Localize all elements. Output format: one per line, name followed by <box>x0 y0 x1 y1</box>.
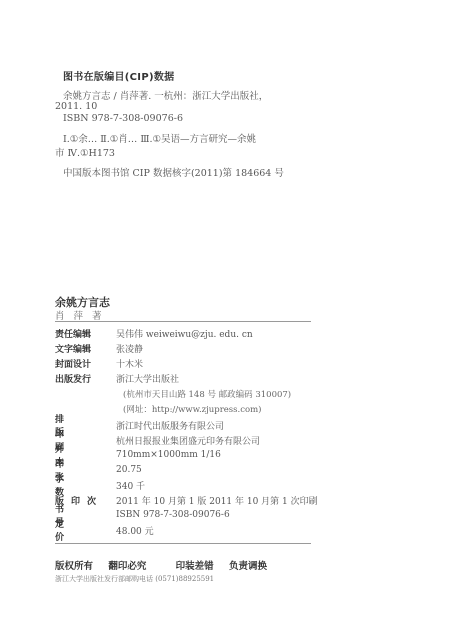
cip-line-1: 余姚方言志 / 肖萍著. 一杭州：浙江大学出版社， <box>63 88 268 102</box>
detail-row-cover-design: 封面设计 十木米 <box>55 356 143 370</box>
divider-bottom <box>55 543 311 544</box>
detail-label-text: 定价 <box>55 517 110 543</box>
divider-top <box>55 321 311 322</box>
detail-row-publisher: 出版发行 浙江大学出版社 <box>55 371 179 385</box>
detail-row-price: 定价 48.00 元 <box>55 523 154 537</box>
detail-value: 张凌静 <box>116 342 143 355</box>
cip-line-3: ISBN 978-7-308-09076-6 <box>63 113 183 124</box>
rights-statement: 版权所有 翻印必究 印装差错 负责调换 <box>55 558 279 572</box>
detail-row-text-editor: 文字编辑 张凌静 <box>55 341 143 355</box>
detail-label: 出版发行 <box>55 372 116 385</box>
rights-item: 翻印必究 <box>108 561 146 572</box>
detail-label: 定价 <box>55 517 116 543</box>
cip-title: 图书在版编目(CIP)数据 <box>63 68 174 83</box>
detail-value: 48.00 元 <box>116 524 154 537</box>
detail-value: 杭州日报报业集团盛元印务有限公司 <box>116 434 260 447</box>
detail-value: 710mm×1000mm 1/16 <box>116 450 221 460</box>
detail-value: 20.75 <box>116 465 142 475</box>
detail-value: 浙江时代出版服务有限公司 <box>116 419 224 432</box>
publisher-website: (网址：http://www.zjupress.com) <box>123 403 261 415</box>
detail-label: 责任编辑 <box>55 327 116 340</box>
detail-value: 浙江大学出版社 <box>116 372 179 385</box>
detail-value: 吴伟伟 weiweiwu@zju. edu. cn <box>116 327 253 340</box>
detail-row-editor: 责任编辑 吴伟伟 weiweiwu@zju. edu. cn <box>55 326 253 340</box>
detail-value: 十木米 <box>116 357 143 370</box>
cip-line-5: 市 Ⅳ.①H173 <box>55 145 115 159</box>
mail-order-contact: 浙江大学出版社发行部邮购电话 (0571)88925591 <box>55 574 214 584</box>
rights-item: 负责调换 <box>229 561 267 572</box>
detail-value: 340 千 <box>116 479 145 492</box>
publisher-address: (杭州市天目山路 148 号 邮政编码 310007) <box>123 388 291 400</box>
rights-item: 印装差错 <box>176 561 214 572</box>
detail-label: 封面设计 <box>55 357 116 370</box>
cip-line-2: 2011. 10 <box>55 101 97 112</box>
book-author: 肖萍著 <box>55 308 111 322</box>
cip-line-4: Ⅰ.①余… Ⅱ.①肖… Ⅲ.①吴语—方言研究—余姚 <box>63 131 256 145</box>
detail-value: 2011 年 10 月第 1 版 2011 年 10 月第 1 次印刷 <box>116 494 318 507</box>
detail-row-word-count: 字数 340 千 <box>55 478 145 492</box>
detail-label: 文字编辑 <box>55 342 116 355</box>
cip-line-6: 中国版本图书馆 CIP 数据核字(2011)第 184664 号 <box>63 165 284 179</box>
detail-value: ISBN 978-7-308-09076-6 <box>116 510 230 520</box>
rights-item: 版权所有 <box>55 561 93 572</box>
